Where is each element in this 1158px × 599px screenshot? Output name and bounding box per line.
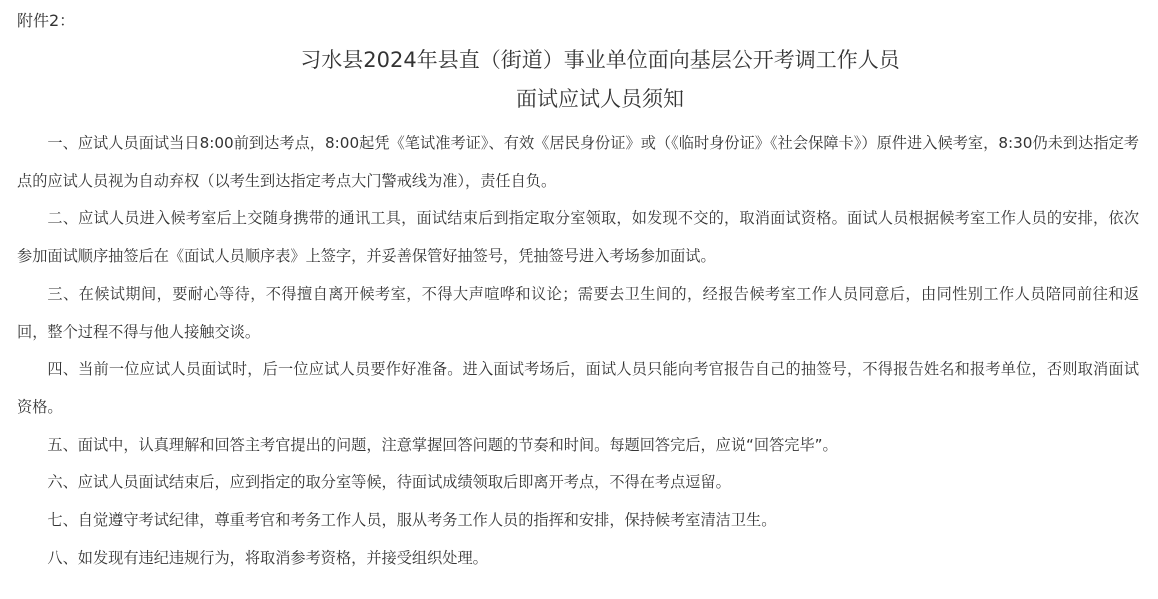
document-title: 习水县2024年县直（街道）事业单位面向基层公开考调工作人员 [0, 45, 1158, 75]
document-subtitle: 面试应试人员须知 [0, 84, 1158, 114]
paragraph-7: 七、自觉遵守考试纪律，尊重考官和考务工作人员，服从考务工作人员的指挥和安排，保持… [17, 502, 1139, 540]
paragraph-6: 六、应试人员面试结束后，应到指定的取分室等候，待面试成绩领取后即离开考点，不得在… [17, 464, 1139, 502]
attachment-label: 附件2： [17, 9, 75, 33]
document-body: 一、应试人员面试当日8:00前到达考点，8:00起凭《笔试准考证》、有效《居民身… [17, 125, 1139, 577]
paragraph-1: 一、应试人员面试当日8:00前到达考点，8:00起凭《笔试准考证》、有效《居民身… [17, 125, 1139, 200]
paragraph-5: 五、面试中，认真理解和回答主考官提出的问题，注意掌握回答问题的节奏和时间。每题回… [17, 427, 1139, 465]
paragraph-8: 八、如发现有违纪违规行为，将取消参考资格，并接受组织处理。 [17, 540, 1139, 578]
paragraph-4: 四、当前一位应试人员面试时，后一位应试人员要作好准备。进入面试考场后，面试人员只… [17, 351, 1139, 426]
paragraph-3: 三、在候试期间，要耐心等待，不得擅自离开候考室，不得大声喧哗和议论；需要去卫生间… [17, 276, 1139, 351]
paragraph-2: 二、应试人员进入候考室后上交随身携带的通讯工具，面试结束后到指定取分室领取，如发… [17, 200, 1139, 275]
